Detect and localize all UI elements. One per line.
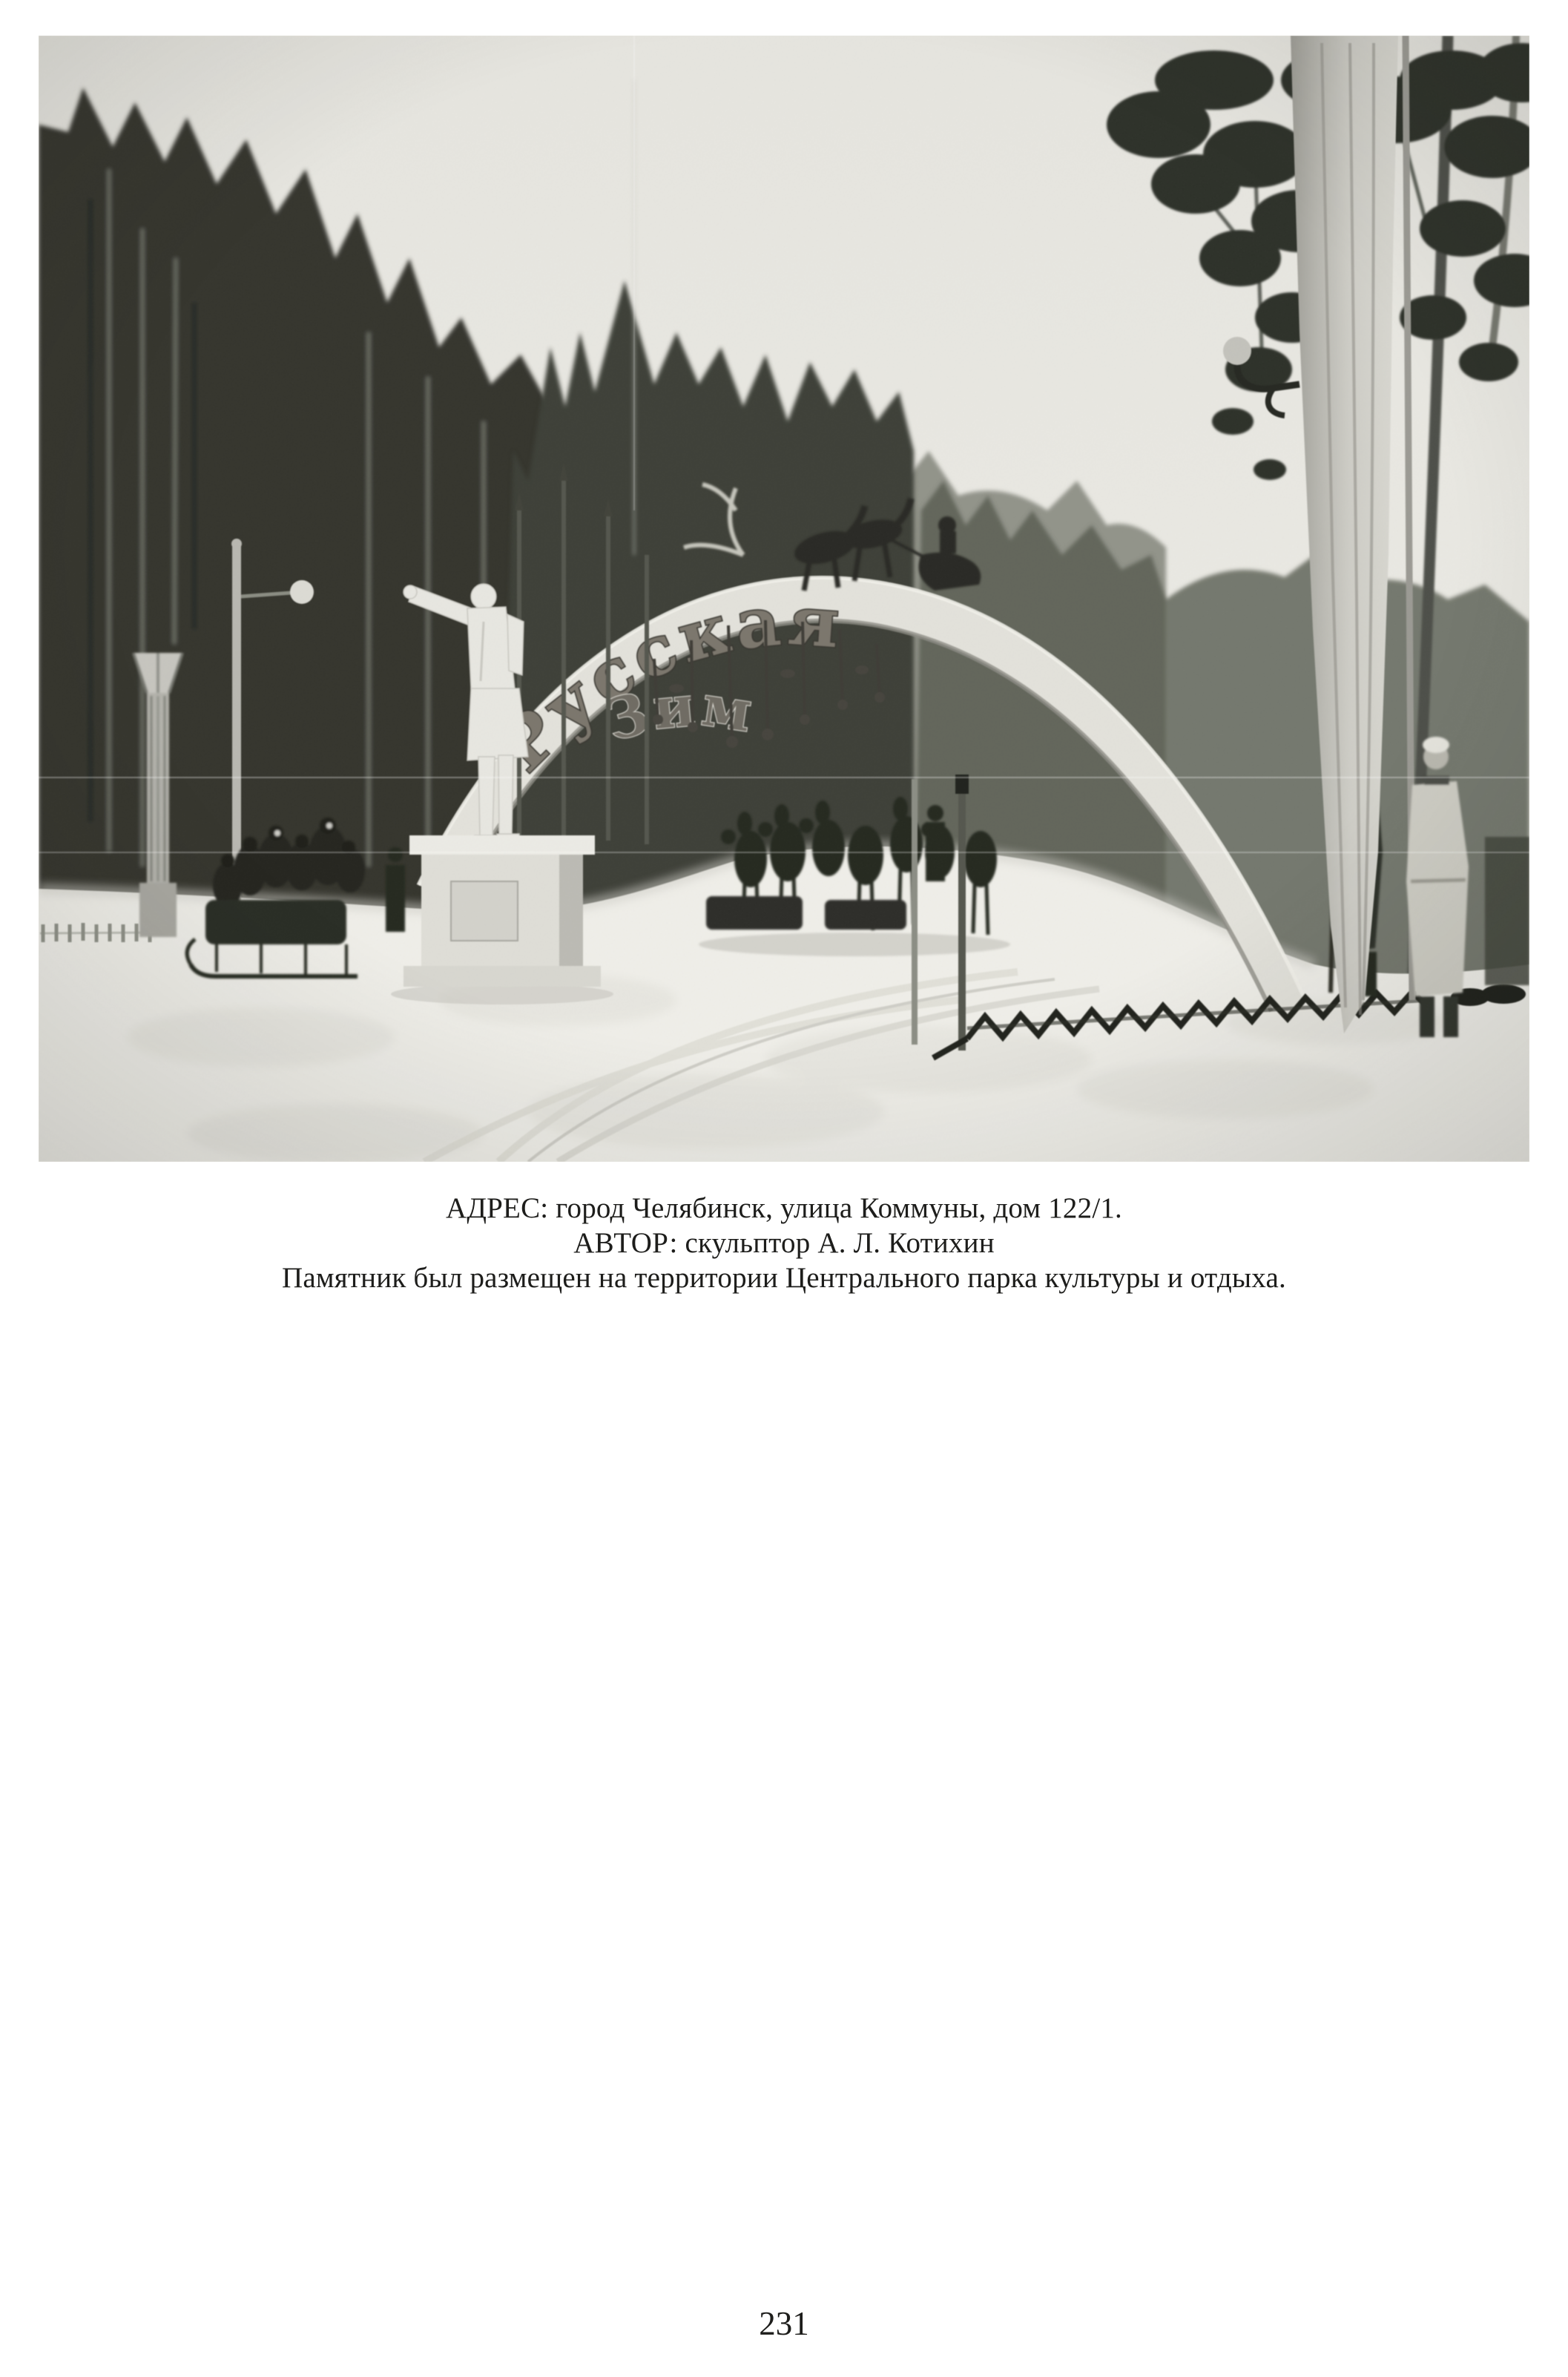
monument-photograph: Русская Зима <box>39 36 1529 1162</box>
page-number: 231 <box>0 2304 1568 2343</box>
caption-line-note: Памятник был размещен на территории Цент… <box>0 1260 1568 1295</box>
caption-line-address: АДРЕС: город Челябинск, улица Коммуны, д… <box>0 1191 1568 1226</box>
photo-caption: АДРЕС: город Челябинск, улица Коммуны, д… <box>0 1191 1568 1295</box>
vignette <box>39 36 1529 1162</box>
park-photo-svg: Русская Зима <box>39 36 1529 1162</box>
caption-line-author: АВТОР: скульптор А. Л. Котихин <box>0 1226 1568 1260</box>
